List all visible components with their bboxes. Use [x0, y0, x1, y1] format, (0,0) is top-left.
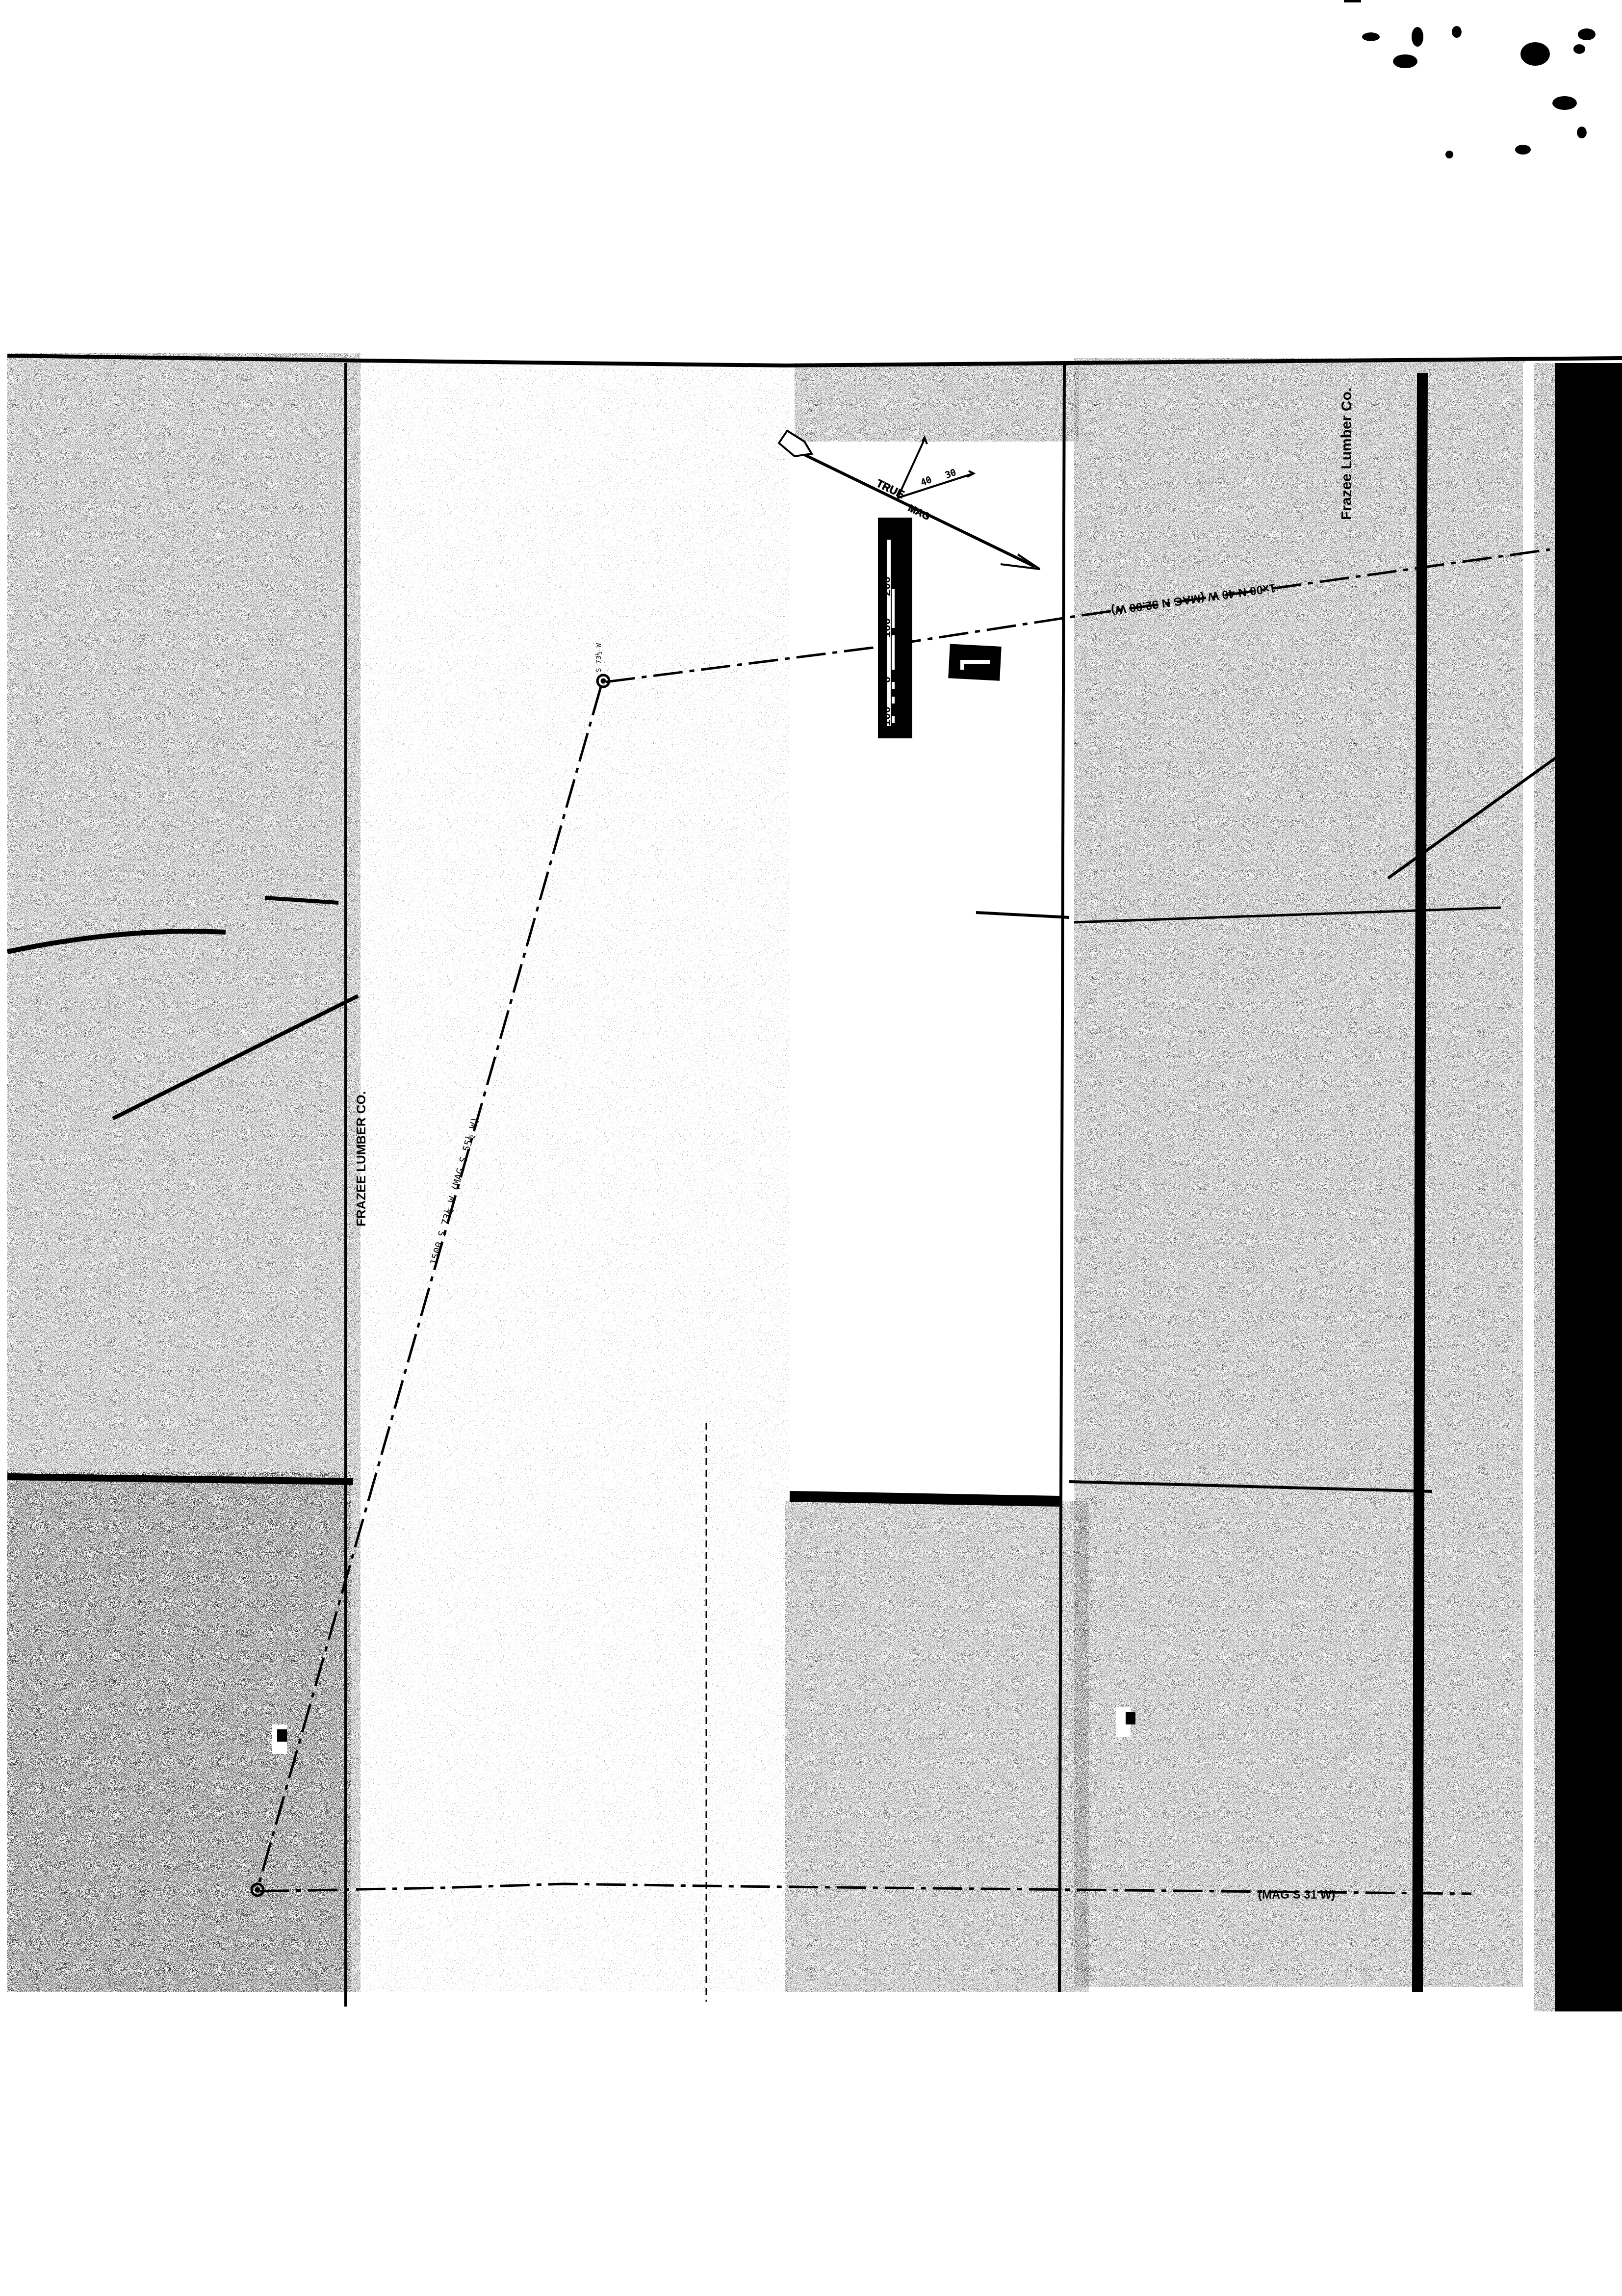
scale-tick-2: 100: [880, 618, 893, 638]
white-strip: [1523, 363, 1534, 2011]
parcel-marker-left: [272, 1724, 287, 1754]
survey-map: TRUE MAG 40 30 100 0 100 200 FRAZEE LUMB…: [0, 0, 1622, 2296]
north-arrow-angle-a: 40: [920, 475, 933, 488]
panel-left-lower: [7, 1472, 351, 1992]
scale-tick-3: 200: [880, 576, 893, 596]
light-mid: [363, 363, 790, 1992]
panel-bottom-mid: [785, 1501, 1089, 1992]
panel-right-top: [795, 363, 1079, 442]
adjoiner-top-right-label: Frazee Lumber Co.: [1339, 388, 1355, 520]
parcel-block: [948, 644, 1002, 680]
bottom-course-label: (MAG S 31 W): [1258, 1888, 1335, 1902]
corner-note-label: S 73½ W: [595, 643, 603, 672]
scale-bar: 100 0 100 200: [878, 518, 912, 738]
scan-speckles: [1344, 0, 1596, 158]
panel-far-right-solid: [1555, 363, 1622, 2011]
scan-shading: [7, 353, 1622, 2011]
scale-tick-0: 100: [880, 706, 893, 726]
adjoiner-left-label: FRAZEE LUMBER CO.: [354, 1091, 368, 1226]
scale-tick-1: 0: [880, 677, 893, 683]
